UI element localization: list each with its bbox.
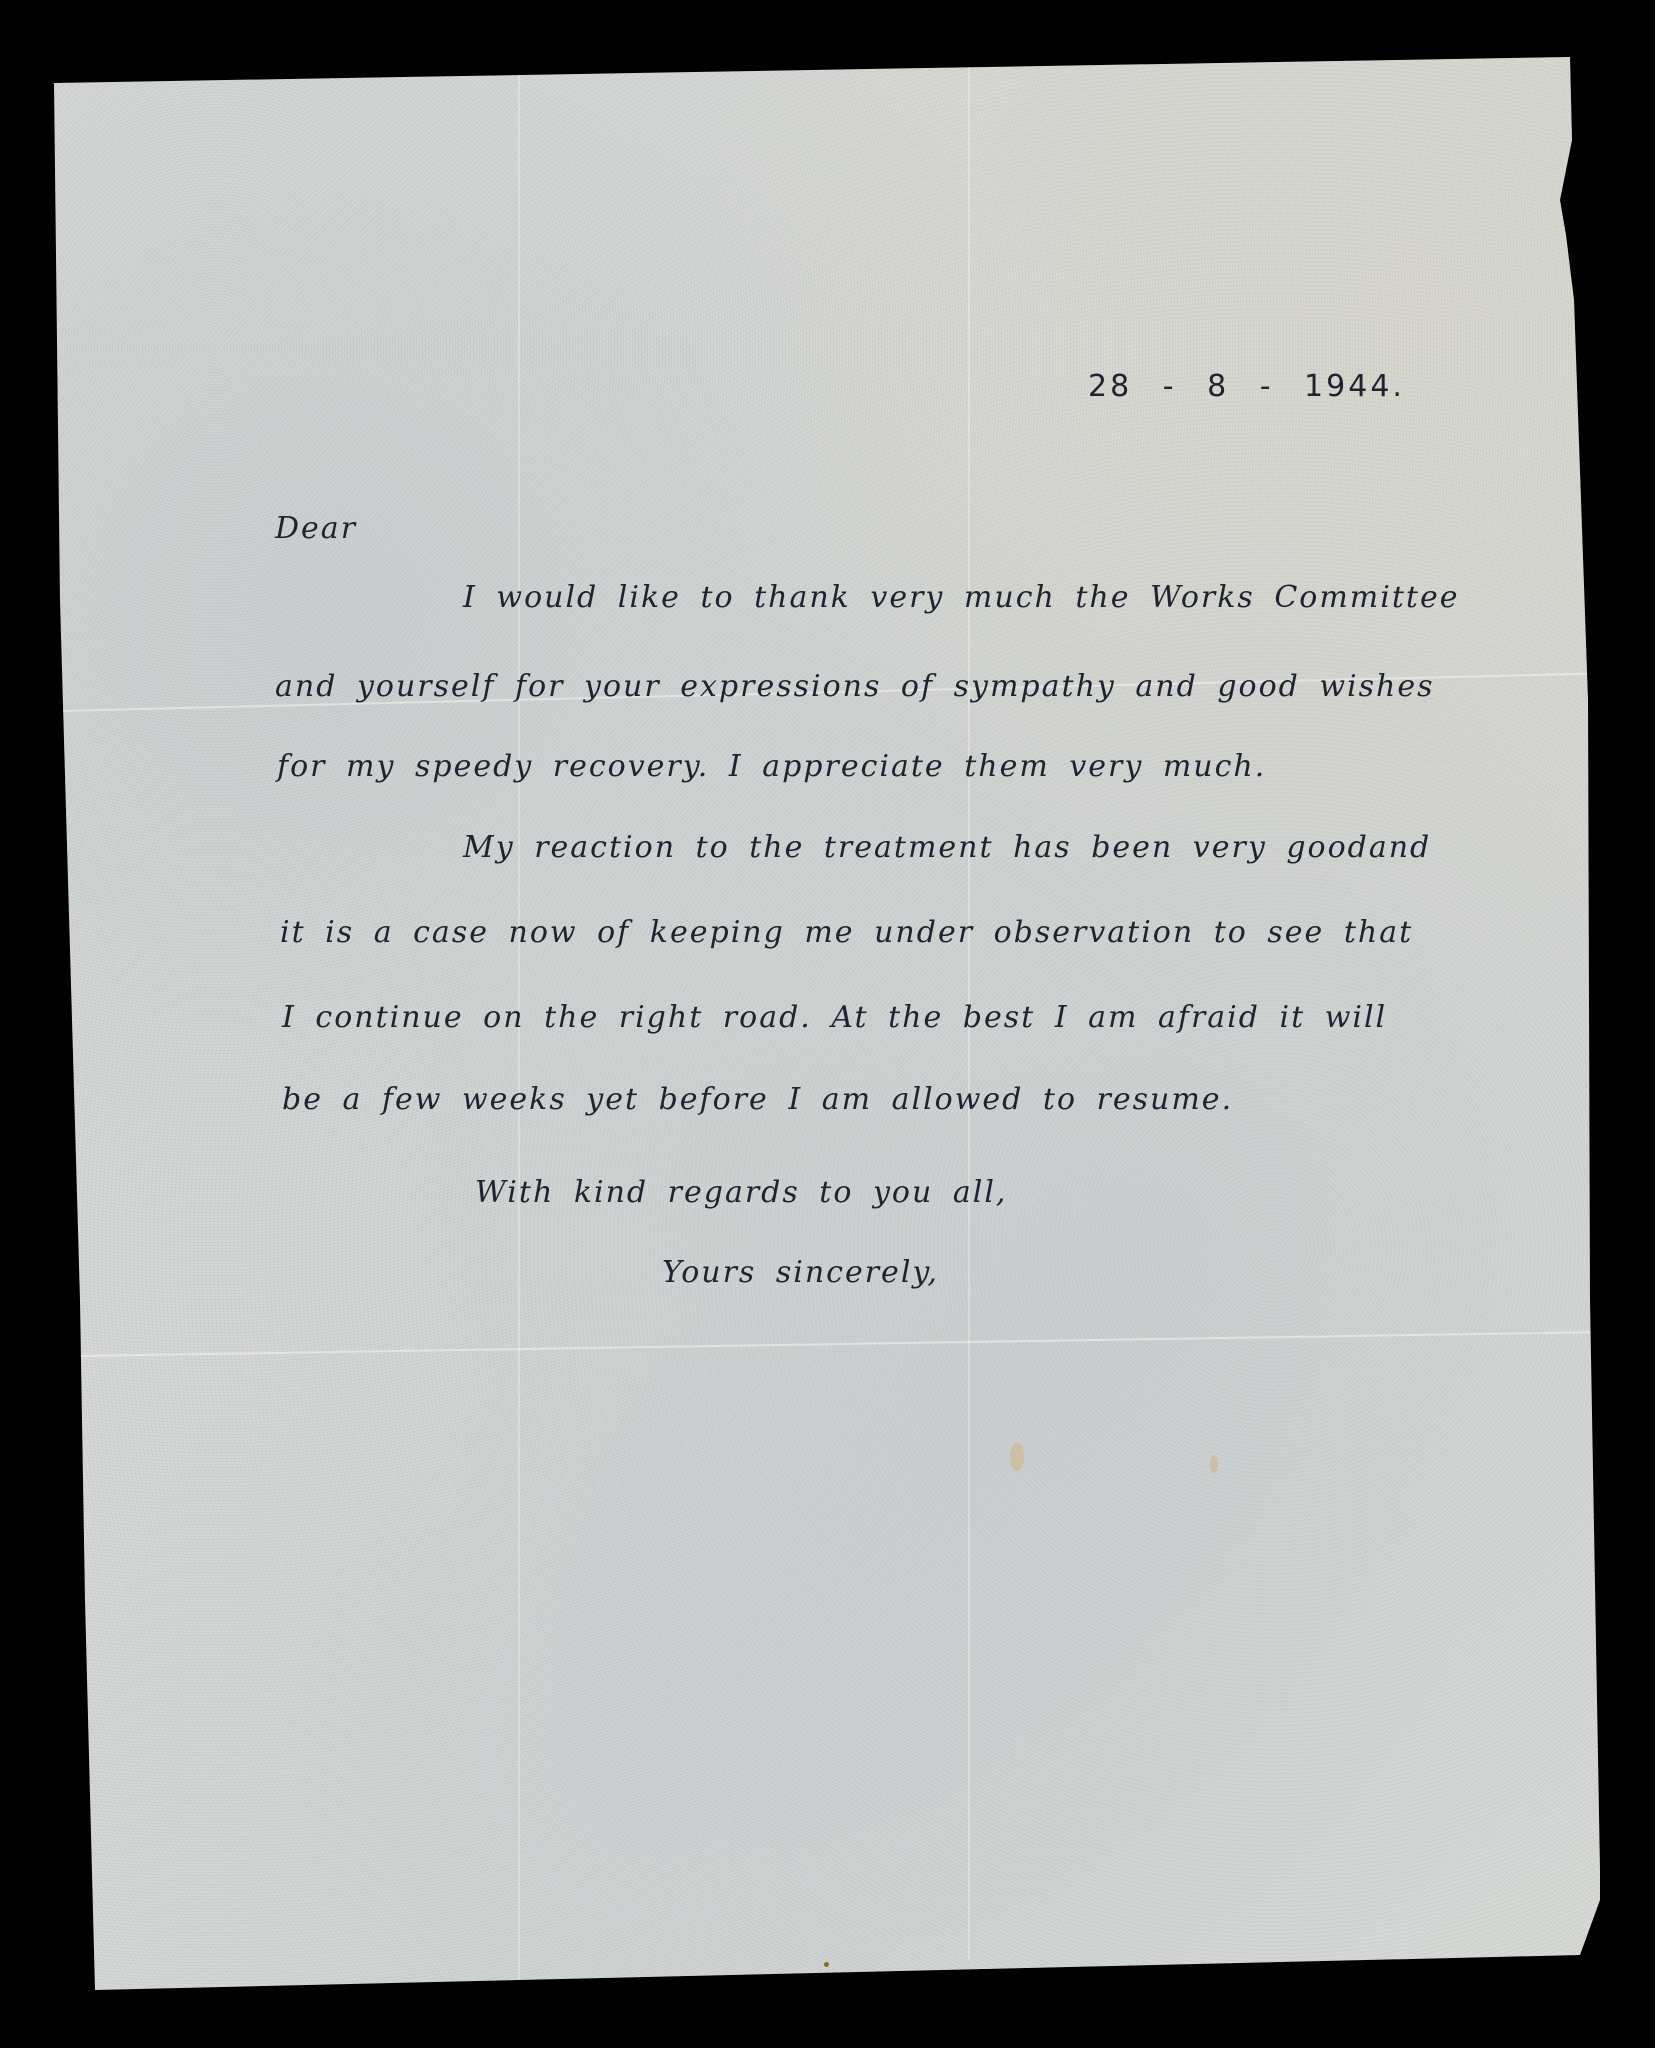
body-line: I continue on the right road. At the bes… — [282, 1003, 1387, 1033]
body-line: be a few weeks yet before I am allowed t… — [282, 1085, 1233, 1115]
paper-stain — [1210, 1455, 1218, 1473]
letter-closing: With kind regards to you all, — [475, 1178, 1007, 1208]
letter-date: 28 - 8 - 1944. — [1088, 372, 1405, 402]
body-line: I would like to thank very much the Work… — [463, 583, 1459, 613]
body-line: My reaction to the treatment has been ve… — [463, 833, 1431, 863]
letter-signoff: Yours sincerely, — [662, 1258, 939, 1288]
fold-crease-horizontal-lower — [80, 1331, 1590, 1357]
letter-salutation: Dear — [275, 514, 357, 544]
ink-speck — [824, 1962, 829, 1967]
letter-paper: 28 - 8 - 1944. Dear I would like to than… — [0, 0, 1655, 2048]
paper-stain — [1010, 1443, 1024, 1471]
body-line: it is a case now of keeping me under obs… — [280, 918, 1413, 948]
body-line: for my speedy recovery. I appreciate the… — [277, 752, 1266, 782]
body-line: and yourself for your expressions of sym… — [275, 672, 1435, 702]
